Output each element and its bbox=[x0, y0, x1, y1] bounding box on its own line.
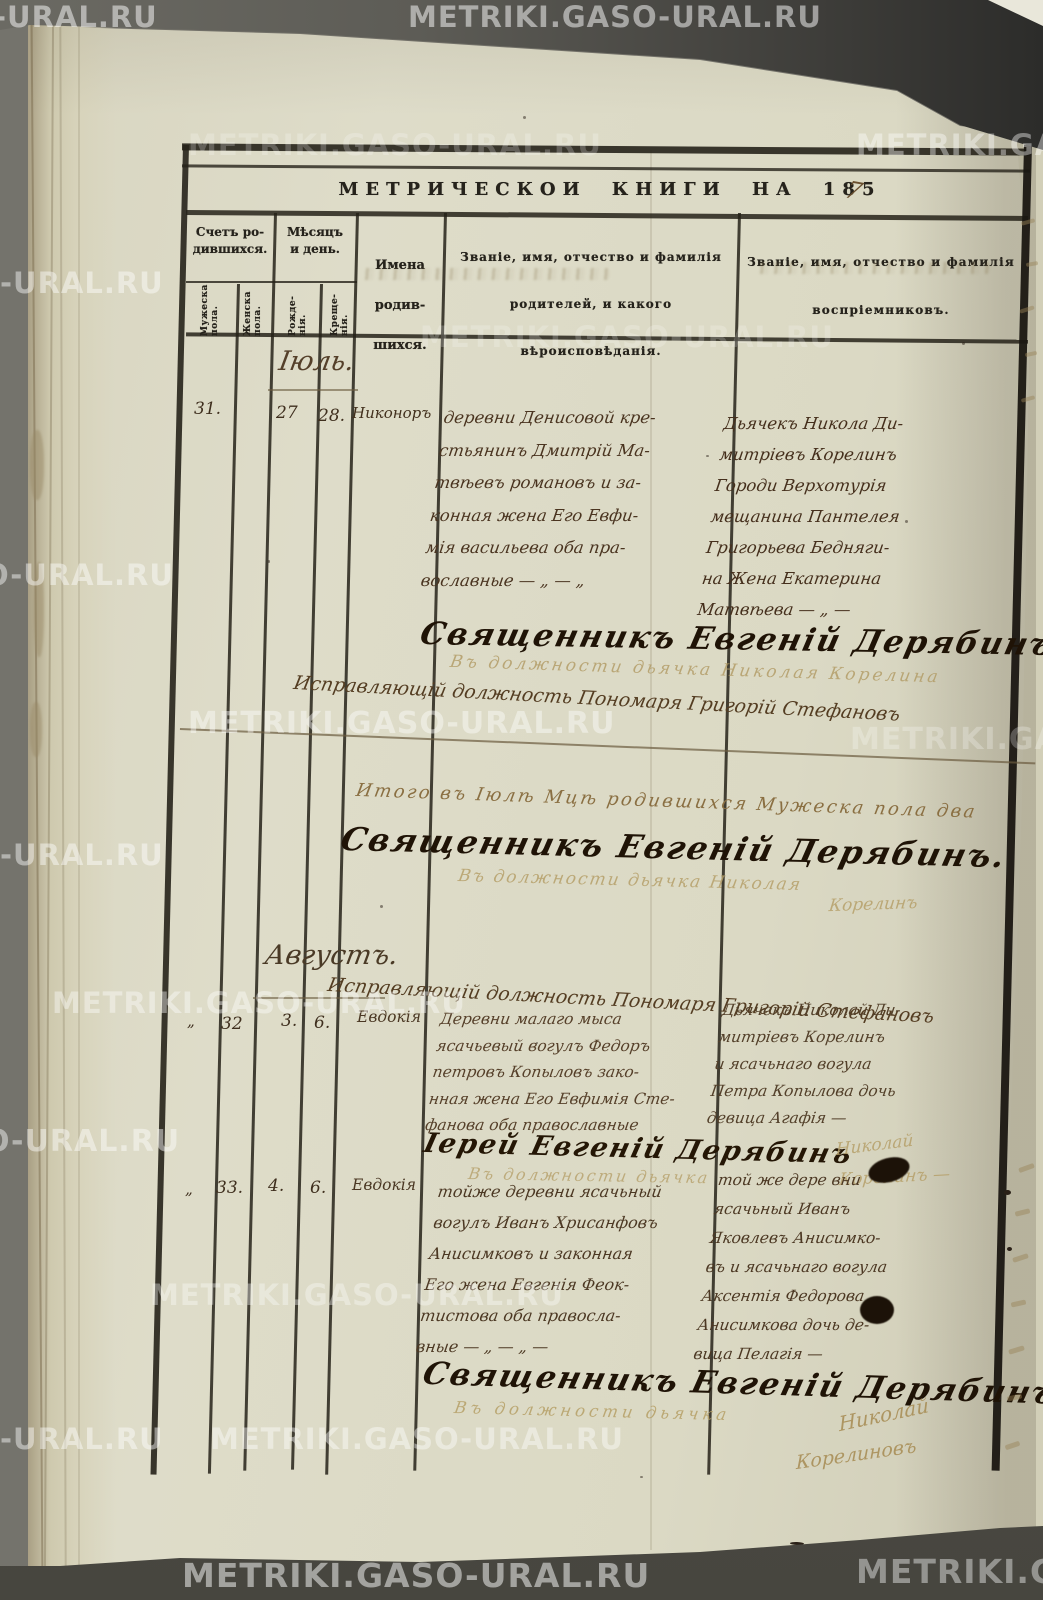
text-line: ясачьный Иванъ bbox=[712, 1195, 897, 1224]
dust-speck bbox=[905, 520, 908, 523]
header-names-line1: Имена bbox=[356, 246, 444, 286]
dust-speck bbox=[962, 342, 965, 345]
entry33-baptized-day: 6. bbox=[310, 1178, 326, 1198]
text-line: Анисимковъ и законная bbox=[427, 1238, 656, 1269]
metrical-book-scan: МЕТРИЧЕСКОИ КНИГИ НА 185 7 Счетъ ро- див… bbox=[0, 0, 1043, 1600]
text-line: Деревни малаго мыса bbox=[438, 1006, 688, 1033]
entry32-ditto: „ bbox=[187, 1012, 195, 1030]
entry33-born-day: 4. bbox=[268, 1176, 284, 1196]
entry32-baptized-day: 6. bbox=[314, 1013, 330, 1033]
header-month-line1: Мѣсяцъ bbox=[274, 224, 356, 241]
text-line: конная жена Его Евфи- bbox=[428, 500, 644, 533]
text-line: тистова оба правосла- bbox=[418, 1300, 647, 1331]
text-line: нная жена Его Евфимія Сте- bbox=[427, 1086, 677, 1113]
dust-speck bbox=[706, 455, 709, 457]
entry31-godparents-text: Дьячекъ Никола Ди- митріевъ Корелинъ Гор… bbox=[696, 408, 915, 625]
dust-speck bbox=[640, 1476, 643, 1478]
entry31-baptized-day: 28. bbox=[318, 406, 345, 426]
text-line: вогулъ Иванъ Хрисанфовъ bbox=[431, 1207, 660, 1238]
entry32-godparents-text: Дьячекъ Николай Ди- митріевъ Корелинъ и … bbox=[705, 997, 909, 1132]
ink-bleed-ghost bbox=[755, 262, 990, 274]
dust-speck bbox=[380, 905, 383, 908]
header-born-column: Рожде- нія. bbox=[288, 284, 308, 336]
page-edge-line bbox=[59, 22, 66, 1568]
header-female-column: Женска пола. bbox=[243, 284, 263, 336]
text-line: петровъ Копыловъ зако- bbox=[431, 1059, 681, 1086]
header-male-column: Мужеска пола. bbox=[200, 284, 220, 336]
text-line: Дьячекъ Николай Ди- bbox=[720, 997, 909, 1024]
text-line: мещанина Пантелея bbox=[709, 501, 902, 532]
paper-crumple bbox=[34, 562, 44, 657]
header-names-line2: родив- bbox=[356, 286, 444, 326]
entry32-born-day: 3. bbox=[281, 1011, 297, 1031]
ink-speck bbox=[1004, 1190, 1011, 1195]
text-line: Григорьева Бедняги- bbox=[704, 532, 897, 563]
deacon-note-totals-2: Корелинъ bbox=[828, 893, 919, 916]
dust-speck bbox=[536, 1042, 538, 1044]
july-underline bbox=[268, 389, 358, 391]
text-line: твѣевъ романовъ и за- bbox=[432, 467, 648, 500]
dust-speck bbox=[268, 560, 270, 563]
text-line: Городи Верхотурія bbox=[713, 470, 906, 501]
entry32-number: 32 bbox=[221, 1014, 243, 1034]
page-edge-line bbox=[44, 22, 54, 1568]
text-line: мія васильева оба пра- bbox=[423, 532, 639, 565]
header-parents-column: Званіе, имя, отчество и фамилія родителе… bbox=[444, 234, 738, 375]
month-header-august: Августъ. bbox=[263, 940, 401, 971]
text-line: Аксентія Федорова bbox=[700, 1282, 885, 1311]
header-count-line2: дившихся. bbox=[186, 241, 274, 258]
header-names-column: Имена родив- шихся. bbox=[356, 246, 444, 366]
text-line: ясачьевый вогулъ Федоръ bbox=[435, 1033, 685, 1060]
month-header-july: Іюль. bbox=[277, 346, 357, 377]
text-line: и ясачьнаго вогула bbox=[713, 1051, 902, 1078]
header-names-line3: шихся. bbox=[356, 326, 444, 366]
text-line: деревни Денисовой кре- bbox=[441, 402, 657, 435]
entry31-born-day: 27 bbox=[276, 403, 298, 423]
text-line: Его жена Евгенія Феок- bbox=[423, 1269, 652, 1300]
dust-speck bbox=[523, 116, 526, 119]
entry33-godparents-text: той же дере вни ясачьный Иванъ Яковлевъ … bbox=[691, 1166, 901, 1369]
entry32-child-name: Евдокія bbox=[357, 1008, 421, 1026]
entry31-number: 31. bbox=[194, 399, 221, 419]
ink-blot bbox=[860, 1296, 894, 1324]
page-title: МЕТРИЧЕСКОИ КНИГИ НА 185 bbox=[330, 179, 890, 200]
entry33-number: 33. bbox=[216, 1178, 243, 1198]
header-count-line1: Счетъ ро- bbox=[186, 224, 274, 241]
text-line: девица Агафія — bbox=[705, 1105, 894, 1132]
header-godparents-column: Званіе, имя, отчество и фамилія воспріем… bbox=[738, 238, 1024, 334]
entry32-parents-text: Деревни малаго мыса ясачьевый вогулъ Фед… bbox=[423, 1006, 687, 1139]
page-stack-edges bbox=[28, 22, 116, 1568]
paper-crumple bbox=[30, 702, 42, 757]
entry31-parents-text: деревни Денисовой кре- стьянинъ Дмитрій … bbox=[419, 402, 658, 597]
text-line: митріевъ Корелинъ bbox=[717, 439, 910, 470]
header-baptized-column: Креще- нія. bbox=[330, 284, 350, 336]
entry33-ditto: „ bbox=[185, 1180, 193, 1198]
header-godparents-line2: воспріемниковъ. bbox=[738, 286, 1024, 334]
page-edge-line bbox=[31, 22, 44, 1568]
header-month-group: Мѣсяцъ и день. bbox=[274, 224, 356, 258]
header-count-group: Счетъ ро- дившихся. bbox=[186, 224, 274, 258]
entry31-child-name: Никоноръ bbox=[352, 404, 431, 422]
page-edge-line bbox=[78, 22, 80, 1568]
ink-bleed-ghost bbox=[360, 268, 610, 280]
entry33-child-name: Евдокія bbox=[352, 1176, 416, 1194]
text-line: стьянинъ Дмитрій Ма- bbox=[437, 435, 653, 468]
text-line: Петра Копылова дочь bbox=[709, 1078, 898, 1105]
text-line: Дьячекъ Никола Ди- bbox=[722, 408, 915, 439]
text-line: Анисимкова дочь де- bbox=[696, 1311, 881, 1340]
text-line: вославные — „ — „ bbox=[419, 565, 635, 598]
paper-crumple bbox=[30, 430, 44, 500]
header-parents-line2: родителей, и какого вѣроисповѣданія. bbox=[444, 281, 738, 375]
header-month-line2: и день. bbox=[274, 241, 356, 258]
text-line: Яковлевъ Анисимко- bbox=[708, 1224, 893, 1253]
ink-speck bbox=[1007, 1247, 1012, 1251]
text-line: митріевъ Корелинъ bbox=[716, 1024, 905, 1051]
text-line: тойже деревни ясачьный bbox=[436, 1176, 665, 1207]
text-line: въ и ясачьнаго вогула bbox=[704, 1253, 889, 1282]
entry33-parents-text: тойже деревни ясачьный вогулъ Иванъ Хрис… bbox=[414, 1176, 665, 1362]
text-line: на Жена Екатерина bbox=[700, 563, 893, 594]
